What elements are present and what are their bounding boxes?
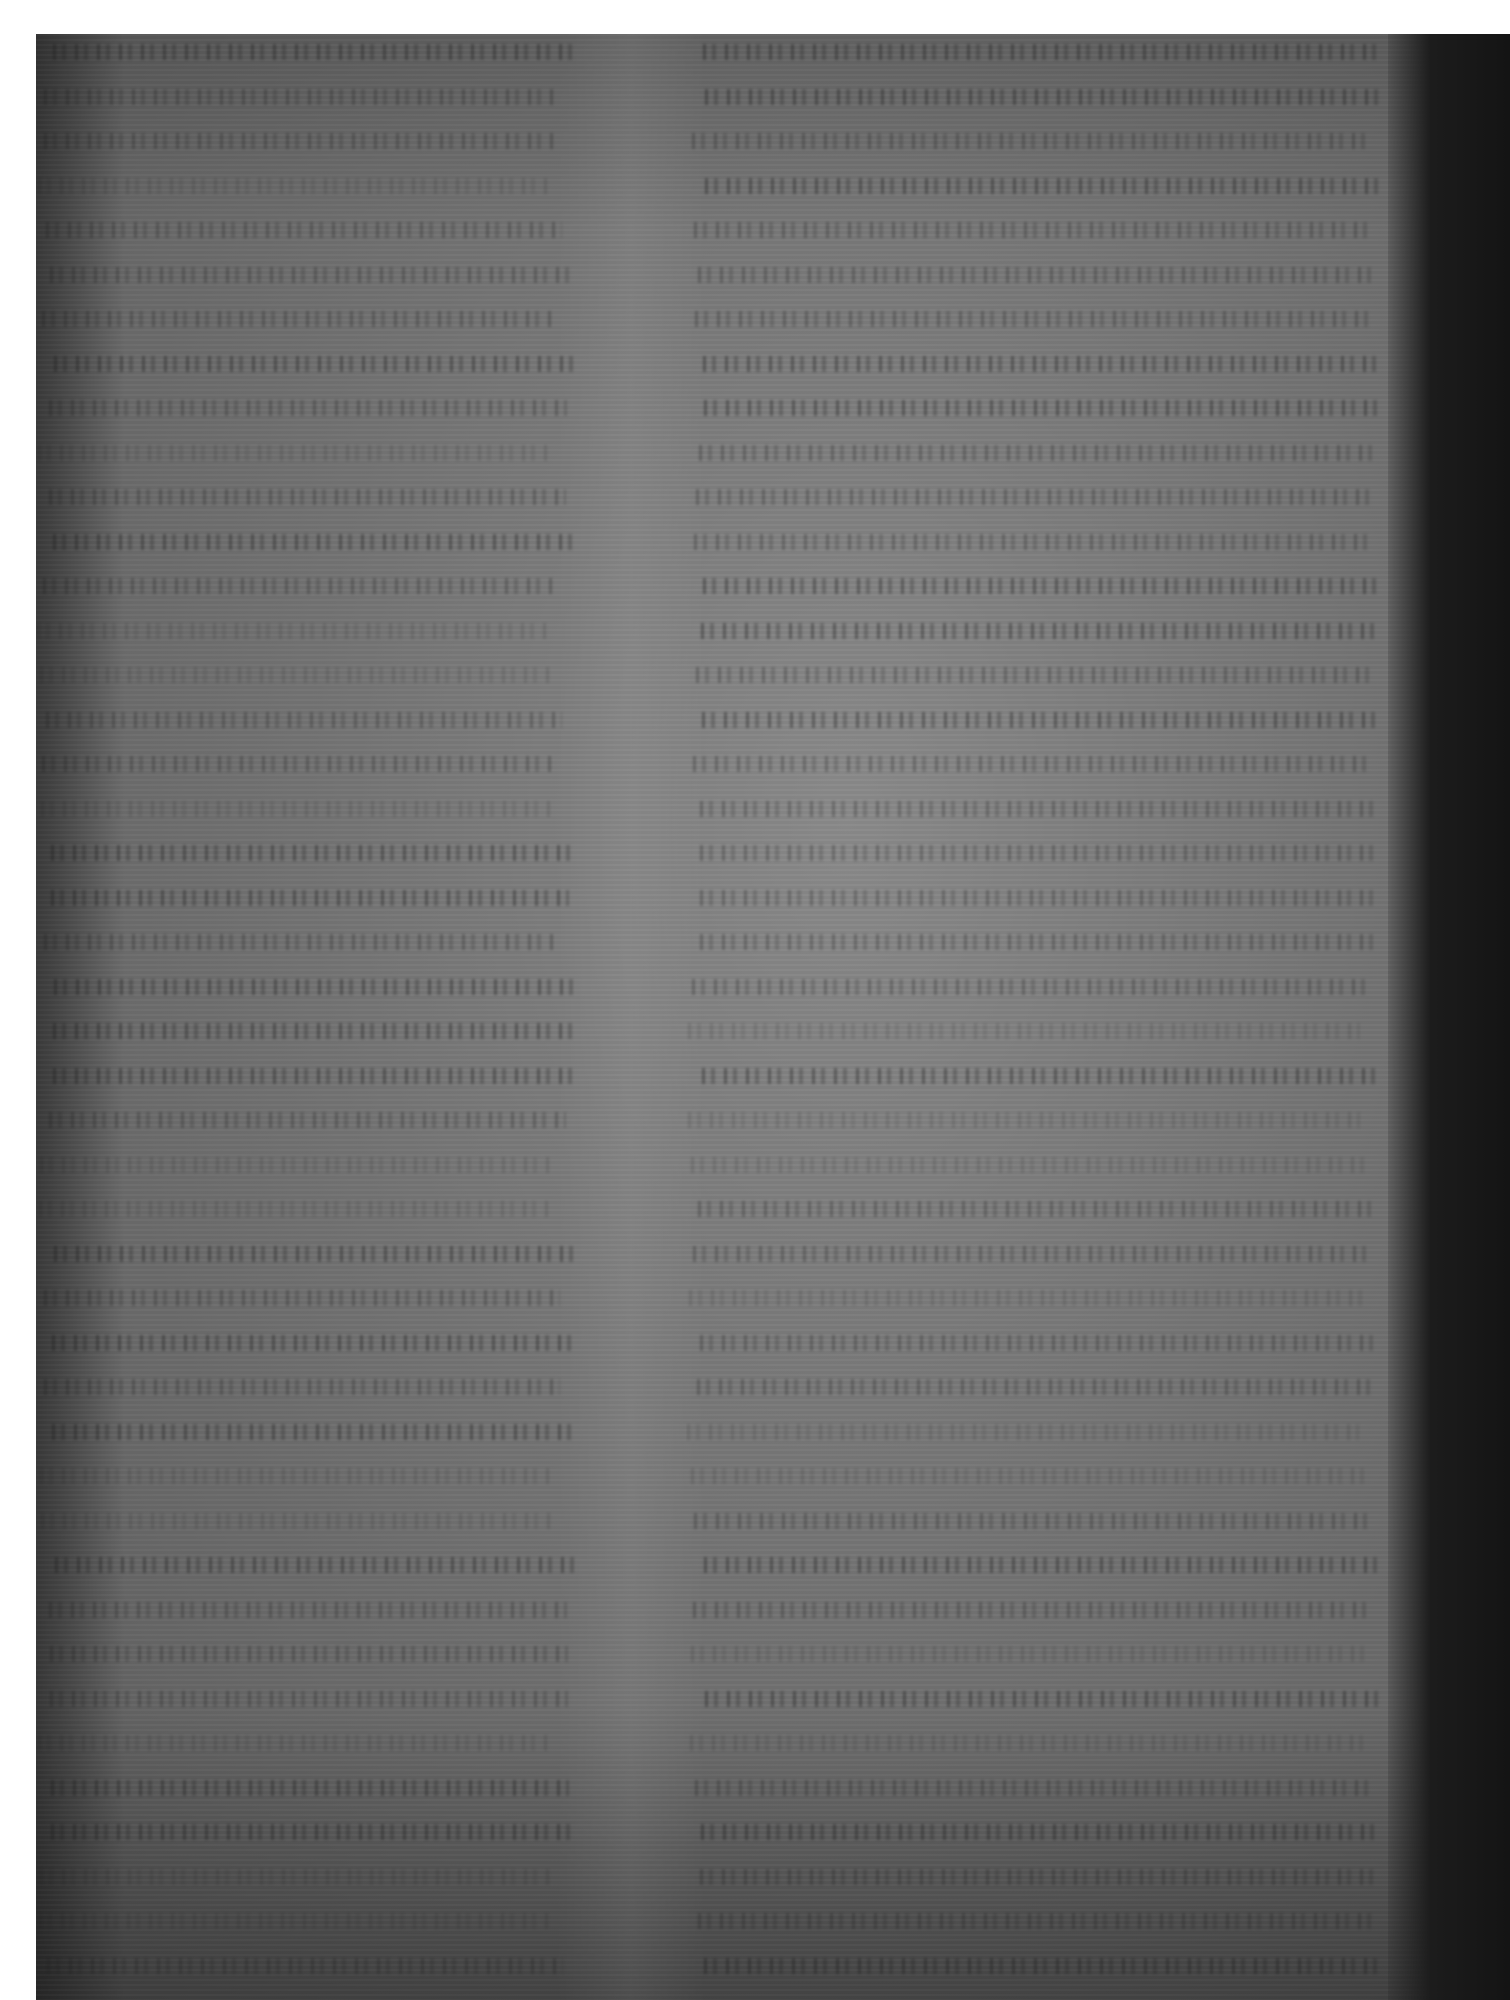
script-line bbox=[700, 845, 1379, 861]
script-line bbox=[49, 1602, 567, 1618]
script-line bbox=[39, 1201, 552, 1217]
script-line bbox=[705, 178, 1385, 194]
script-line bbox=[695, 1780, 1371, 1796]
script-line bbox=[693, 1246, 1367, 1262]
script-line bbox=[38, 1735, 550, 1751]
script-line bbox=[705, 1691, 1386, 1707]
script-line bbox=[50, 267, 569, 283]
script-line bbox=[700, 890, 1378, 906]
script-line bbox=[703, 44, 1383, 60]
script-line bbox=[693, 1602, 1368, 1618]
script-line bbox=[38, 445, 550, 461]
script-line bbox=[692, 979, 1366, 995]
script-line bbox=[52, 1424, 571, 1440]
script-line bbox=[703, 578, 1382, 594]
script-line bbox=[44, 89, 559, 105]
script-line bbox=[700, 801, 1379, 817]
script-line bbox=[44, 1379, 560, 1395]
script-line bbox=[51, 1780, 569, 1796]
script-line bbox=[691, 1646, 1364, 1662]
script-line bbox=[44, 1290, 560, 1306]
manuscript-photo bbox=[36, 34, 1510, 2000]
script-line bbox=[694, 222, 1369, 238]
script-line bbox=[46, 222, 562, 238]
script-line bbox=[696, 489, 1372, 505]
script-line bbox=[55, 1557, 576, 1573]
script-line bbox=[691, 1157, 1365, 1173]
column-gutter bbox=[556, 34, 706, 2000]
script-line bbox=[698, 1201, 1376, 1217]
script-line bbox=[49, 489, 566, 505]
script-line bbox=[49, 400, 567, 416]
script-line bbox=[704, 1958, 1384, 1974]
script-line bbox=[52, 1335, 572, 1351]
script-line bbox=[54, 356, 574, 372]
script-line bbox=[37, 623, 549, 639]
script-line bbox=[51, 845, 570, 861]
script-line bbox=[693, 756, 1368, 772]
script-line bbox=[49, 1112, 566, 1128]
script-line bbox=[691, 1468, 1365, 1484]
script-line bbox=[53, 1023, 572, 1039]
script-line bbox=[41, 801, 555, 817]
script-line bbox=[698, 1913, 1375, 1929]
script-line bbox=[692, 133, 1366, 149]
script-line bbox=[43, 578, 557, 594]
script-line bbox=[42, 756, 556, 772]
script-line bbox=[51, 890, 569, 906]
script-line bbox=[699, 445, 1377, 461]
script-line bbox=[688, 1112, 1360, 1128]
script-line bbox=[50, 1646, 568, 1662]
script-line bbox=[700, 1335, 1378, 1351]
script-line bbox=[40, 1869, 553, 1885]
right-text-column bbox=[686, 34, 1386, 2000]
script-line bbox=[700, 1869, 1379, 1885]
script-line bbox=[42, 311, 557, 327]
script-line bbox=[50, 1691, 568, 1707]
left-text-column bbox=[36, 34, 576, 2000]
script-line bbox=[40, 1157, 553, 1173]
script-line bbox=[705, 89, 1386, 105]
script-line bbox=[687, 1424, 1359, 1440]
script-line bbox=[689, 1290, 1362, 1306]
page-edge-shadow bbox=[1388, 34, 1510, 2000]
script-line bbox=[53, 1068, 572, 1084]
script-line bbox=[53, 534, 572, 550]
script-line bbox=[38, 178, 550, 194]
script-line bbox=[53, 44, 573, 60]
script-line bbox=[54, 1246, 574, 1262]
script-line bbox=[701, 1824, 1380, 1840]
script-line bbox=[694, 1513, 1369, 1529]
script-line bbox=[698, 267, 1375, 283]
script-line bbox=[703, 356, 1383, 372]
script-line bbox=[702, 712, 1381, 728]
script-line bbox=[44, 934, 559, 950]
script-line bbox=[46, 712, 562, 728]
script-line bbox=[688, 1023, 1360, 1039]
script-line bbox=[54, 979, 574, 995]
script-line bbox=[695, 311, 1370, 327]
script-line bbox=[704, 1557, 1385, 1573]
script-line bbox=[40, 667, 554, 683]
script-line bbox=[701, 623, 1380, 639]
script-line bbox=[690, 1735, 1363, 1751]
script-line bbox=[702, 1068, 1382, 1084]
script-line bbox=[700, 934, 1379, 950]
script-line bbox=[697, 1379, 1373, 1395]
script-line bbox=[44, 133, 559, 149]
script-line bbox=[694, 534, 1369, 550]
script-line bbox=[40, 1468, 553, 1484]
script-line bbox=[696, 667, 1372, 683]
script-line bbox=[47, 1958, 563, 1974]
script-line bbox=[39, 1913, 551, 1929]
script-line bbox=[51, 1824, 570, 1840]
script-line bbox=[41, 1513, 554, 1529]
script-line bbox=[704, 400, 1384, 416]
